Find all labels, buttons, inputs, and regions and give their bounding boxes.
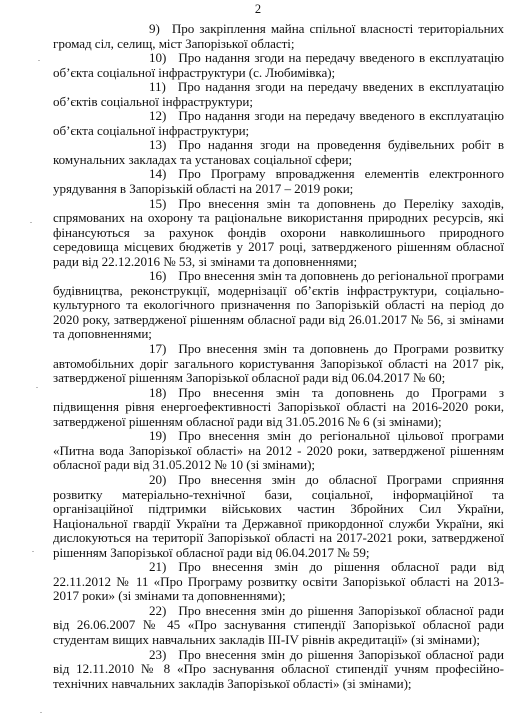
scan-speck [38, 60, 40, 61]
agenda-item-number: 19) [101, 429, 178, 444]
agenda-item-number: 15) [101, 197, 178, 212]
agenda-item: 13)Про надання згоди на проведення будів… [53, 138, 504, 167]
agenda-item: 19)Про внесення змін до регіональної ціл… [53, 429, 504, 473]
agenda-item: 15)Про внесення змін та доповнень до Пер… [53, 197, 504, 270]
agenda-item-number: 18) [101, 386, 178, 401]
agenda-item: 18)Про внесення змін та доповнень до Про… [53, 386, 504, 430]
scan-speck [36, 387, 38, 388]
agenda-item: 20)Про внесення змін до обласної Програм… [53, 473, 504, 560]
agenda-item-number: 20) [101, 473, 178, 488]
agenda-item-number: 16) [101, 269, 178, 284]
agenda-item: 14)Про Програму впровадження елементів е… [53, 167, 504, 196]
agenda-item: 10)Про надання згоди на передачу введено… [53, 51, 504, 80]
agenda-item-number: 11) [101, 80, 178, 95]
agenda-item: 17)Про внесення змін та доповнень до Про… [53, 342, 504, 386]
agenda-item-number: 10) [101, 51, 178, 66]
agenda-item-number: 23) [101, 648, 178, 663]
agenda-item-number: 22) [101, 604, 178, 619]
scan-speck [40, 712, 42, 713]
scan-speck [32, 551, 34, 552]
agenda-item: 23)Про внесення змін до рішення Запорізь… [53, 648, 504, 692]
scan-speck [30, 222, 32, 223]
agenda-item: 16)Про внесення змін та доповнень до рег… [53, 269, 504, 342]
agenda-item-number: 17) [101, 342, 178, 357]
agenda-item: 12)Про надання згоди на передачу введено… [53, 109, 504, 138]
agenda-item: 11)Про надання згоди на передачу введени… [53, 80, 504, 109]
agenda-item-number: 21) [101, 560, 178, 575]
agenda-item-number: 13) [101, 138, 178, 153]
agenda-list: 9)Про закріплення майна спільної власнос… [53, 22, 504, 691]
agenda-item: 21)Про внесення змін до рішення обласної… [53, 560, 504, 604]
page-number: 2 [0, 2, 516, 16]
agenda-item-number: 9) [101, 22, 172, 37]
agenda-item-number: 14) [101, 167, 178, 182]
agenda-item: 9)Про закріплення майна спільної власнос… [53, 22, 504, 51]
agenda-item: 22)Про внесення змін до рішення Запорізь… [53, 604, 504, 648]
agenda-item-number: 12) [101, 109, 178, 124]
